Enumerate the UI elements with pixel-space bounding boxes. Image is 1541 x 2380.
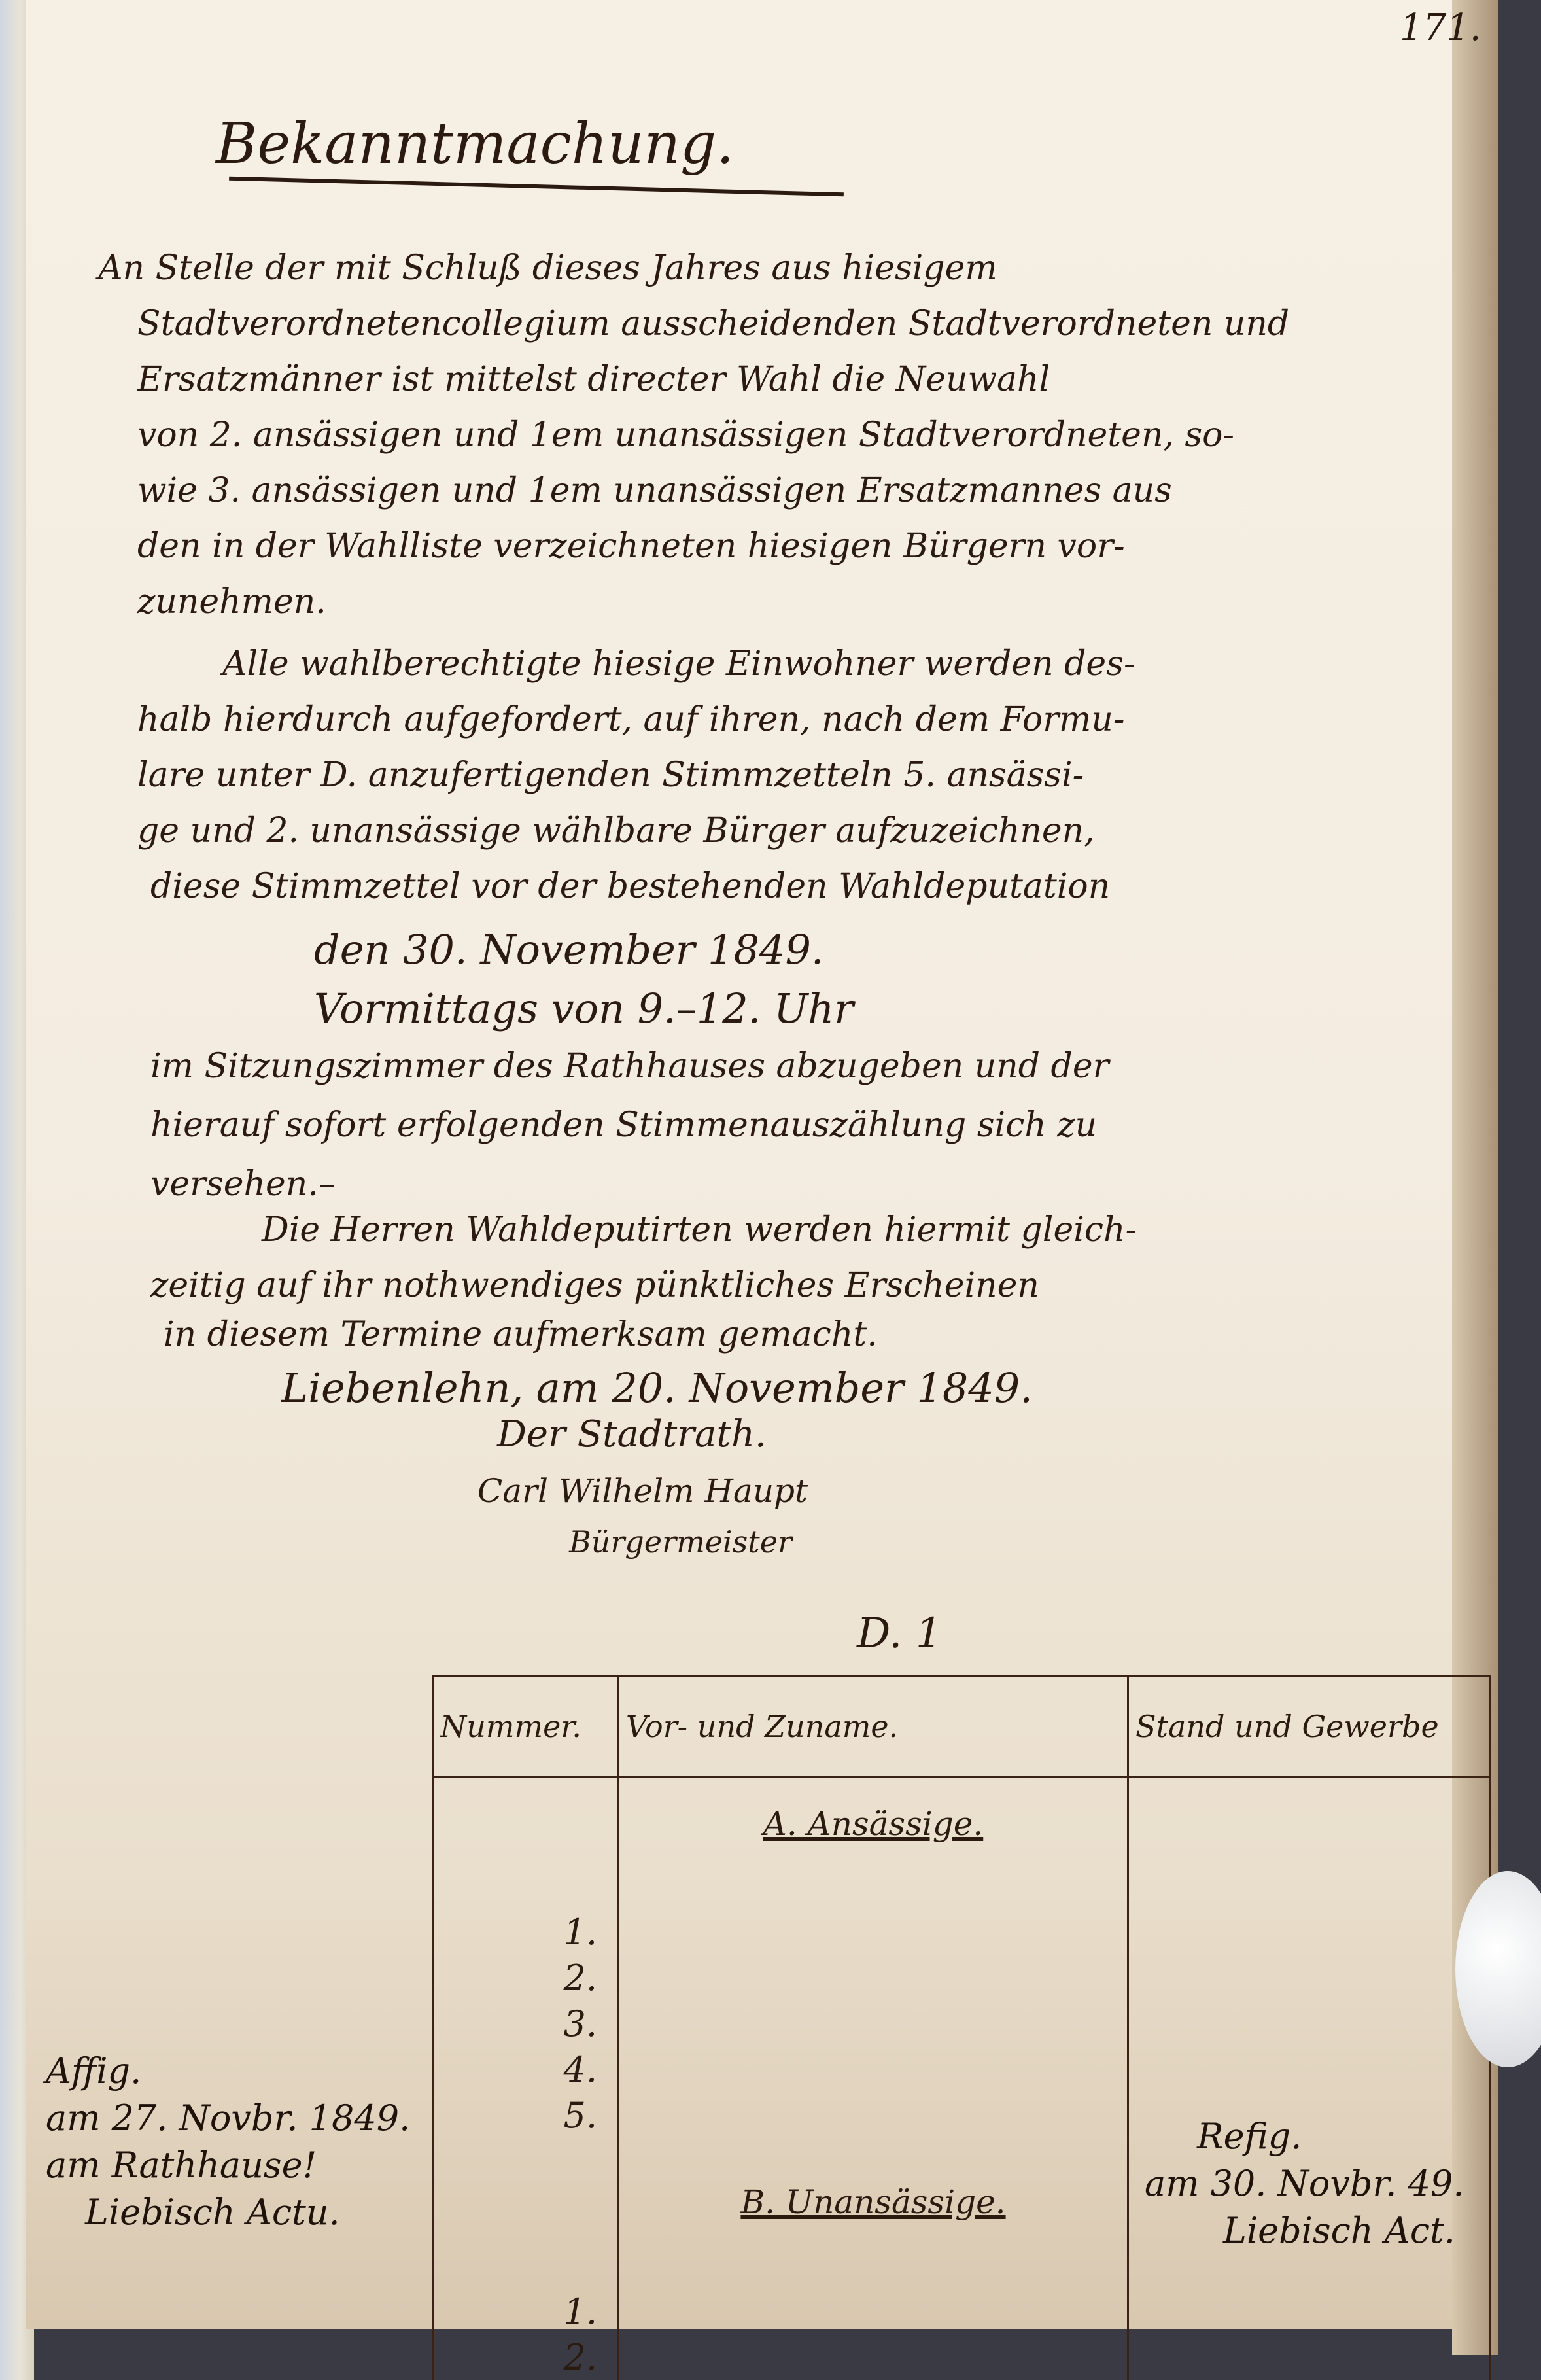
signatory-title: Bürgermeister <box>569 1524 792 1560</box>
row-number: 1. <box>434 2289 617 2335</box>
margin-note-line: am Rathhause! <box>46 2142 410 2189</box>
place-date: Liebenlehn, am 20. November 1849. <box>281 1364 1033 1412</box>
occupation-column <box>1128 1777 1491 2380</box>
body-line: Die Herren Wahldeputirten werden hiermit… <box>262 1210 1137 1250</box>
body-line: An Stelle der mit Schluß dieses Jahres a… <box>98 249 997 288</box>
body-line: in diesem Termine aufmerksam gemacht. <box>164 1315 878 1354</box>
section-a-label: A. Ansässige. <box>620 1805 1126 1843</box>
body-line: Alle wahlberechtigte hiesige Einwohner w… <box>222 644 1135 684</box>
margin-note-left: Affig. am 27. Novbr. 1849. am Rathhause!… <box>46 2048 410 2236</box>
number-column: 1. 2. 3. 4. 5. 1. 2. <box>433 1777 619 2380</box>
margin-note-line: Liebisch Act. <box>1145 2207 1464 2254</box>
row-number: 5. <box>434 2093 617 2139</box>
row-number: 4. <box>434 2047 617 2093</box>
row-number: 2. <box>434 1955 617 2001</box>
row-number: 2. <box>434 2335 617 2380</box>
body-line: von 2. ansässigen und 1em unansässigen S… <box>137 415 1234 455</box>
row-number: 1. <box>434 1910 617 1955</box>
body-line: zunehmen. <box>137 582 326 621</box>
row-number: 3. <box>434 2001 617 2047</box>
folio-number: 171. <box>1400 7 1481 49</box>
margin-note-line: am 27. Novbr. 1849. <box>46 2095 410 2142</box>
body-line: Ersatzmänner ist mittelst directer Wahl … <box>137 360 1050 399</box>
body-line: hierauf sofort erfolgenden Stimmenauszäh… <box>150 1106 1097 1145</box>
header-occupation: Stand und Gewerbe <box>1128 1676 1491 1777</box>
header-number: Nummer. <box>433 1676 619 1777</box>
margin-note-line: Refig. <box>1145 2113 1464 2160</box>
margin-note-line: Liebisch Actu. <box>46 2189 410 2236</box>
body-line: zeitig auf ihr nothwendiges pünktliches … <box>150 1266 1039 1305</box>
name-column: A. Ansässige. B. Unansässige. <box>619 1777 1128 2380</box>
ballot-form-table: Nummer. Vor- und Zuname. Stand und Gewer… <box>432 1675 1491 2380</box>
margin-note-line: Affig. <box>46 2048 410 2095</box>
election-date: den 30. November 1849. <box>314 926 824 973</box>
body-line: ge und 2. unansässige wählbare Bürger au… <box>137 811 1095 850</box>
document-title: Bekanntmachung. <box>216 111 734 177</box>
body-line: wie 3. ansässigen und 1em unansässigen E… <box>137 471 1172 510</box>
body-line: im Sitzungszimmer des Rathhauses abzugeb… <box>150 1047 1109 1086</box>
header-name: Vor- und Zuname. <box>619 1676 1128 1777</box>
signatory-body: Der Stadtrath. <box>497 1413 767 1456</box>
body-line: den in der Wahlliste verzeichneten hiesi… <box>137 527 1125 566</box>
signatory-name: Carl Wilhelm Haupt <box>477 1472 808 1510</box>
body-line: Stadtverordnetencollegium ausscheidenden… <box>137 304 1289 343</box>
body-line: versehen.– <box>150 1164 336 1204</box>
form-label: D. 1 <box>857 1609 942 1658</box>
section-b-label: B. Unansässige. <box>620 2183 1126 2221</box>
election-time: Vormittags von 9.–12. Uhr <box>314 985 854 1032</box>
table-header-row: Nummer. Vor- und Zuname. Stand und Gewer… <box>433 1676 1491 1777</box>
margin-note-line: am 30. Novbr. 49. <box>1145 2160 1464 2207</box>
margin-note-right: Refig. am 30. Novbr. 49. Liebisch Act. <box>1145 2113 1464 2254</box>
body-line: diese Stimmzettel vor der bestehenden Wa… <box>150 867 1110 906</box>
body-line: halb hierdurch aufgefordert, auf ihren, … <box>137 700 1124 739</box>
table-body-row: 1. 2. 3. 4. 5. 1. 2. A. Ansässige. B. Un… <box>433 1777 1491 2380</box>
body-line: lare unter D. anzufertigenden Stimmzette… <box>137 756 1084 795</box>
